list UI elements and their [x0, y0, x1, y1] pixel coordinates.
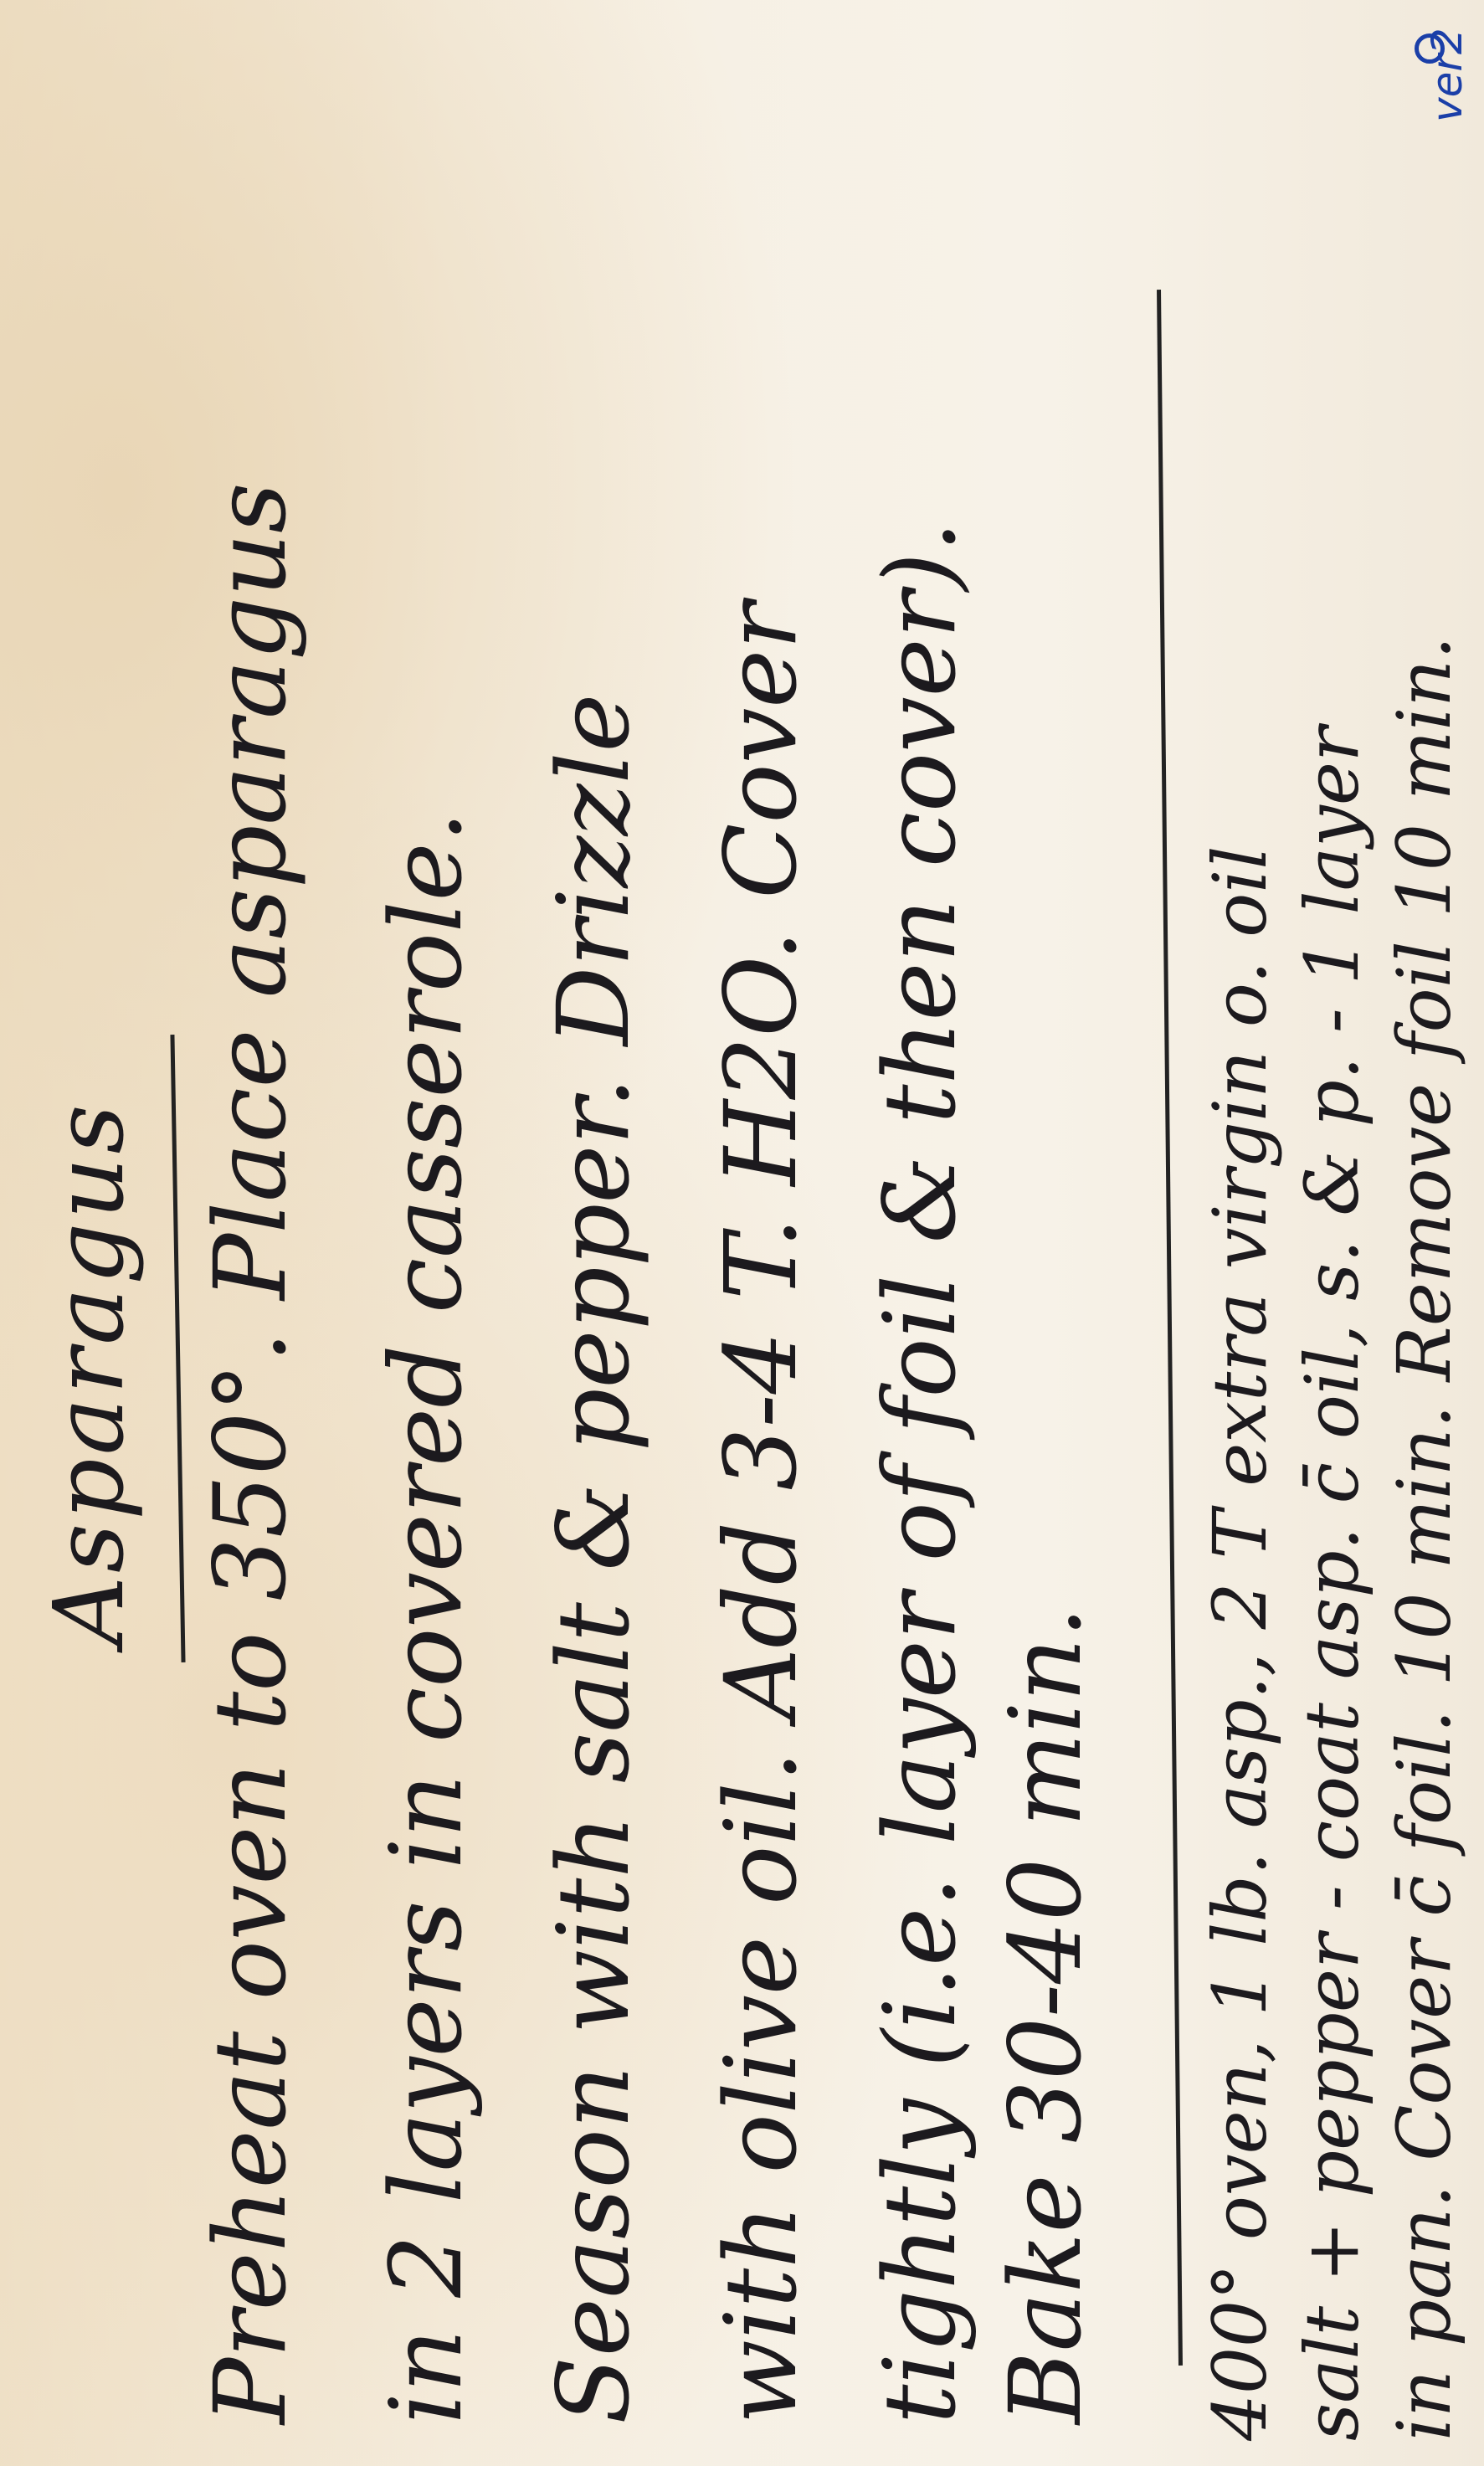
instruction-line: Bake 30-40 min.	[988, 1606, 1103, 2424]
circle-mark-icon	[1415, 33, 1445, 64]
recipe-card: Asparagus Preheat oven to 350°. Place as…	[0, 0, 1484, 2466]
instruction-line: Season with salt & pepper. Drizzle	[536, 694, 651, 2424]
section-divider	[1157, 290, 1183, 2366]
instruction-line: Preheat oven to 350°. Place asparagus	[193, 482, 308, 2424]
alternate-note-line: 400° oven, 1 lb. asp., 2 T extra virgin …	[1197, 846, 1283, 2442]
alternate-note-line: salt + pepper - coat asp. c̄ oil, s. & p…	[1289, 727, 1375, 2441]
card-content: Asparagus Preheat oven to 350°. Place as…	[0, 0, 1484, 2466]
title-underline	[170, 1035, 185, 1662]
recipe-title: Asparagus	[33, 1102, 146, 1646]
instruction-line: in 2 layers in covered casserole.	[368, 811, 484, 2424]
instruction-line: with olive oil. Add 3-4 T. H2O. Cover	[703, 603, 819, 2425]
alternate-note-line: in pan. Cover c̄ foil. 10 min. Remove fo…	[1381, 636, 1467, 2441]
instruction-line: tightly (i.e. layer of foil & then cover…	[862, 521, 978, 2424]
